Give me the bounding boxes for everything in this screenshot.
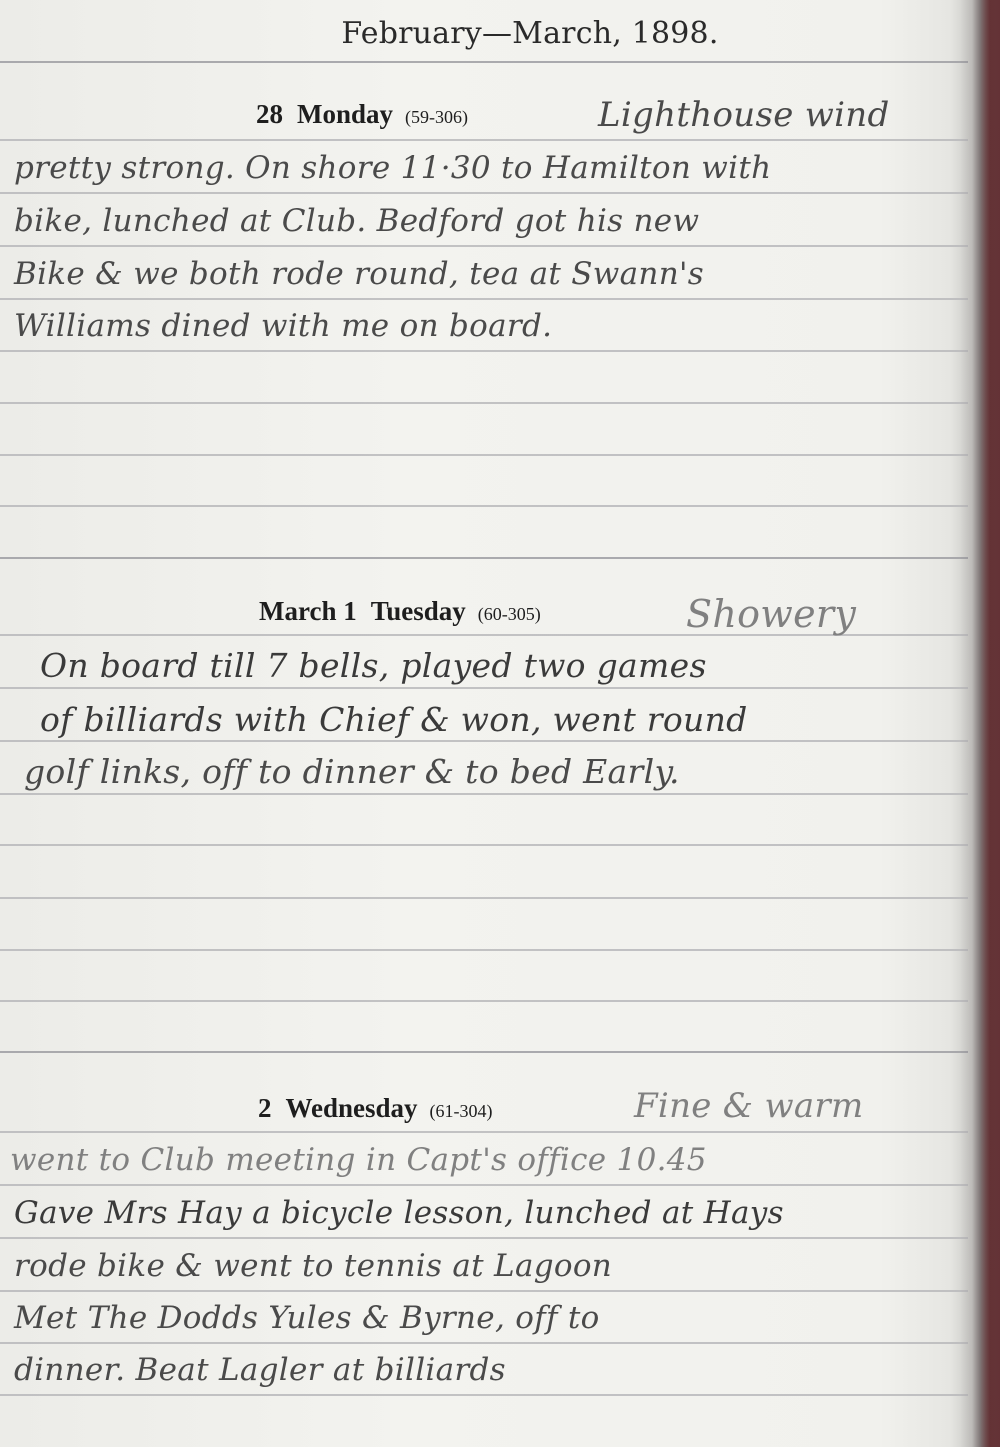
ruled-line <box>0 844 968 846</box>
entry-line: of billiards with Chief & won, went roun… <box>40 700 748 739</box>
diary-page: February—March, 1898. 28 Monday (59-306)… <box>0 0 1000 1447</box>
ruled-line <box>0 1184 968 1186</box>
ruled-line <box>0 350 968 352</box>
ruled-line <box>0 245 968 247</box>
day-heading-mar-2: 2 Wednesday (61-304) <box>258 1093 493 1124</box>
day-count: (60-305) <box>478 604 541 624</box>
header-rule <box>0 61 968 63</box>
day-name: Monday <box>297 99 393 129</box>
day-date: 28 <box>256 99 283 129</box>
ruled-line <box>0 949 968 951</box>
entry-line: pretty strong. On shore 11·30 to Hamilto… <box>14 150 771 186</box>
entry-line: golf links, off to dinner & to bed Early… <box>24 752 680 791</box>
ruled-line <box>0 897 968 899</box>
ruled-line <box>0 1342 968 1344</box>
day-heading-mar-1: March 1 Tuesday (60-305) <box>259 596 541 627</box>
entry-line: bike, lunched at Club. Bedford got his n… <box>14 203 699 239</box>
ruled-line <box>0 139 968 141</box>
entry-line: Gave Mrs Hay a bicycle lesson, lunched a… <box>14 1195 784 1231</box>
day-name: Wednesday <box>286 1093 418 1123</box>
entry-line: dinner. Beat Lagler at billiards <box>14 1352 506 1388</box>
ruled-line <box>0 793 968 795</box>
day-count: (59-306) <box>405 107 468 127</box>
ruled-line <box>0 1000 968 1002</box>
entry-line: rode bike & went to tennis at Lagoon <box>14 1248 612 1284</box>
running-head: February—March, 1898. <box>0 16 1000 51</box>
day-count: (61-304) <box>430 1101 493 1121</box>
ruled-line <box>0 1237 968 1239</box>
section-rule <box>0 557 968 559</box>
weather-note: Showery <box>686 592 856 636</box>
ruled-line <box>0 454 968 456</box>
day-date: March 1 <box>259 596 357 626</box>
ruled-line <box>0 740 968 742</box>
ruled-line <box>0 298 968 300</box>
entry-line: On board till 7 bells, played two games <box>40 646 707 685</box>
day-date: 2 <box>258 1093 272 1123</box>
day-heading-feb-28: 28 Monday (59-306) <box>256 99 468 130</box>
binding-edge <box>960 0 1000 1447</box>
entry-line: Williams dined with me on board. <box>14 308 552 344</box>
day-name: Tuesday <box>371 596 466 626</box>
weather-note: Lighthouse wind <box>598 95 890 135</box>
section-rule <box>0 1051 968 1053</box>
ruled-line <box>0 1131 968 1133</box>
ruled-line <box>0 402 968 404</box>
entry-line: Bike & we both rode round, tea at Swann'… <box>14 256 704 292</box>
ruled-line <box>0 192 968 194</box>
ruled-line <box>0 505 968 507</box>
entry-line: Met The Dodds Yules & Byrne, off to <box>14 1300 600 1336</box>
ruled-line <box>0 1290 968 1292</box>
entry-line: went to Club meeting in Capt's office 10… <box>10 1142 707 1178</box>
ruled-line <box>0 1394 968 1396</box>
ruled-line <box>0 687 968 689</box>
weather-note: Fine & warm <box>634 1086 864 1126</box>
